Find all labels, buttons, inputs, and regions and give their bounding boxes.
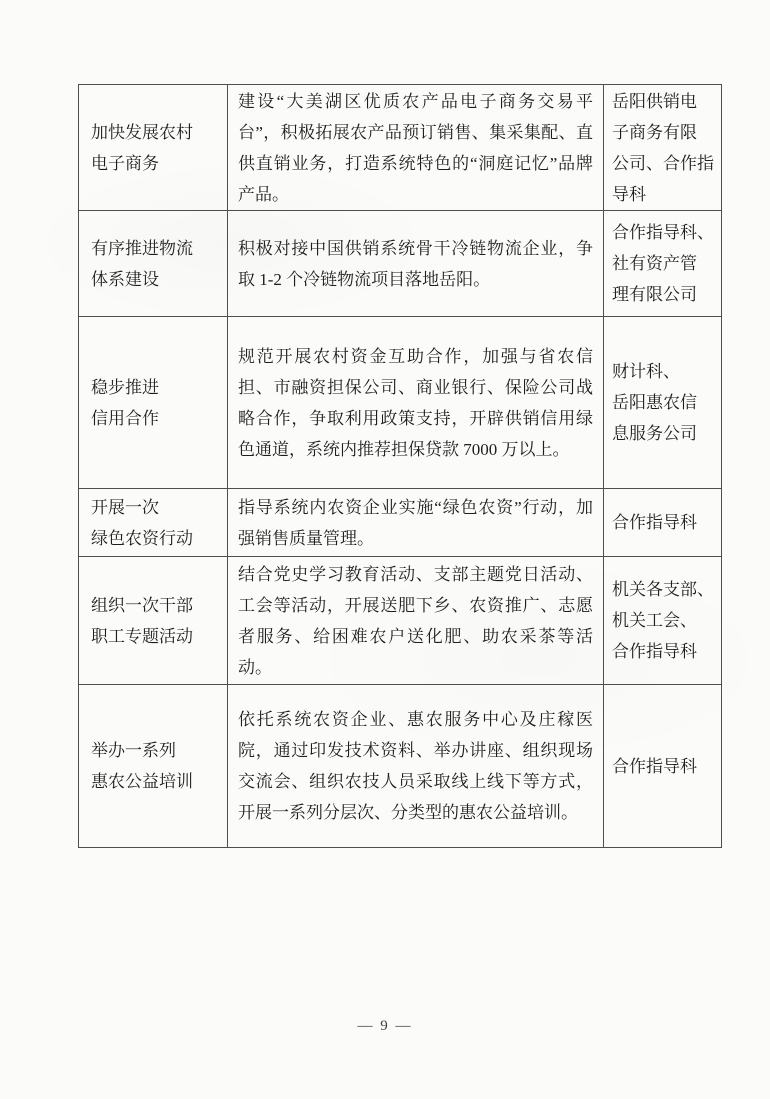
task-cell: 举办一系列 惠农公益培训 [79, 685, 228, 847]
measures-cell: 积极对接中国供销系统骨干冷链物流企业，争取 1-2 个冷链物流项目落地岳阳。 [228, 211, 604, 316]
task-cell: 组织一次干部 职工专题活动 [79, 557, 228, 684]
table-row: 举办一系列 惠农公益培训 依托系统农资企业、惠农服务中心及庄稼医院，通过印发技术… [79, 685, 721, 847]
table-row: 稳步推进 信用合作 规范开展农村资金互助合作，加强与省农信担、市融资担保公司、商… [79, 317, 721, 489]
document-page: 加快发展农村 电子商务 建设“大美湖区优质农产品电子商务交易平台”，积极拓展农产… [0, 0, 770, 1099]
responsible-cell: 岳阳供销电 子商务有限 公司、合作指 导科 [604, 85, 721, 210]
page-number: — 9 — [0, 1018, 770, 1035]
task-cell: 开展一次 绿色农资行动 [79, 489, 228, 556]
measures-cell: 规范开展农村资金互助合作，加强与省农信担、市融资担保公司、商业银行、保险公司战略… [228, 317, 604, 488]
measures-cell: 依托系统农资企业、惠农服务中心及庄稼医院，通过印发技术资料、举办讲座、组织现场交… [228, 685, 604, 847]
responsible-cell: 合作指导科 [604, 489, 721, 556]
measures-cell: 结合党史学习教育活动、支部主题党日活动、工会等活动，开展送肥下乡、农资推广、志愿… [228, 557, 604, 684]
task-cell: 加快发展农村 电子商务 [79, 85, 228, 210]
table-row: 有序推进物流 体系建设 积极对接中国供销系统骨干冷链物流企业，争取 1-2 个冷… [79, 211, 721, 317]
responsible-cell: 机关各支部、 机关工会、 合作指导科 [604, 557, 721, 684]
responsible-cell: 合作指导科、 社有资产管 理有限公司 [604, 211, 721, 316]
task-cell: 有序推进物流 体系建设 [79, 211, 228, 316]
measures-text: 结合党史学习教育活动、支部主题党日活动、工会等活动，开展送肥下乡、农资推广、志愿… [238, 559, 593, 683]
work-plan-table: 加快发展农村 电子商务 建设“大美湖区优质农产品电子商务交易平台”，积极拓展农产… [78, 84, 722, 848]
responsible-cell: 财计科、 岳阳惠农信 息服务公司 [604, 317, 721, 488]
task-cell: 稳步推进 信用合作 [79, 317, 228, 488]
measures-cell: 指导系统内农资企业实施“绿色农资”行动，加强销售质量管理。 [228, 489, 604, 556]
measures-text: 规范开展农村资金互助合作，加强与省农信担、市融资担保公司、商业银行、保险公司战略… [238, 341, 593, 465]
table-row: 开展一次 绿色农资行动 指导系统内农资企业实施“绿色农资”行动，加强销售质量管理… [79, 489, 721, 557]
measures-text: 积极对接中国供销系统骨干冷链物流企业，争取 1-2 个冷链物流项目落地岳阳。 [238, 233, 593, 295]
measures-cell: 建设“大美湖区优质农产品电子商务交易平台”，积极拓展农产品预订销售、集采集配、直… [228, 85, 604, 210]
measures-text: 建设“大美湖区优质农产品电子商务交易平台”，积极拓展农产品预订销售、集采集配、直… [238, 86, 593, 210]
table-row: 加快发展农村 电子商务 建设“大美湖区优质农产品电子商务交易平台”，积极拓展农产… [79, 85, 721, 211]
measures-text: 依托系统农资企业、惠农服务中心及庄稼医院，通过印发技术资料、举办讲座、组织现场交… [238, 704, 593, 828]
measures-text: 指导系统内农资企业实施“绿色农资”行动，加强销售质量管理。 [238, 492, 593, 554]
responsible-cell: 合作指导科 [604, 685, 721, 847]
table-row: 组织一次干部 职工专题活动 结合党史学习教育活动、支部主题党日活动、工会等活动，… [79, 557, 721, 685]
